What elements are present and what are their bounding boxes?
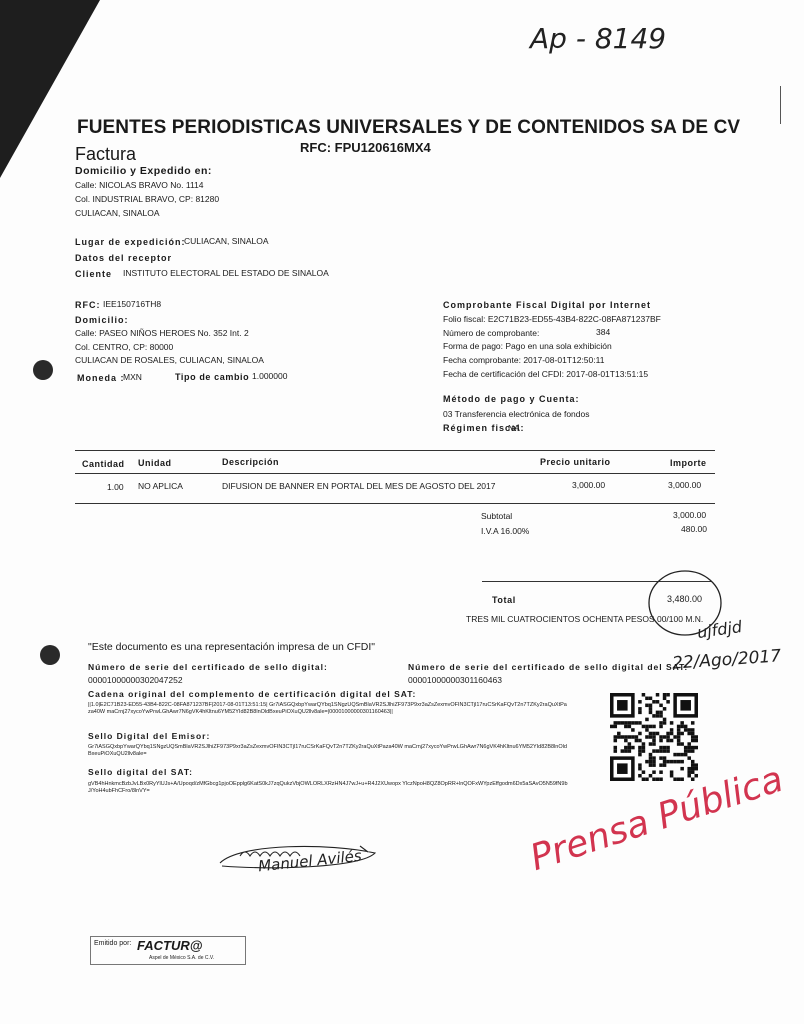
sat-seal-value: gVB4hHnkmcBzbJvLBx0RyYlUJs+A/Upoqd/zMfGb… [88,781,568,795]
receiver-rfc-label: RFC: [75,300,101,310]
receiver-title: Datos del receptor [75,253,172,263]
document-type: Factura [75,144,136,165]
voucher-number-label: Número de comprobante: [443,328,539,338]
iva-label: I.V.A 16.00% [481,526,529,536]
punch-hole-top [33,360,53,380]
column-header-amount: Importe [670,458,707,468]
qr-code [610,693,698,781]
original-chain-value: ||1.0|E2C71B23-ED55-43B4-822C-08FA871237… [88,702,568,716]
sat-seal-label: Sello digital del SAT: [88,767,193,777]
cfdi-title: Comprobante Fiscal Digital por Internet [443,300,651,310]
table-top-rule [75,450,715,451]
cert-serial-value: 00001000000302047252 [88,675,183,685]
row-unit: NO APLICA [138,481,183,491]
column-header-description: Descripción [222,457,279,467]
table-bottom-rule [75,503,715,504]
issuer-stamp: Emitido por: FACTUR@ Aspel de México S.A… [90,936,246,965]
row-unit-price: 3,000.00 [572,480,605,490]
expedition-place-value: CULIACAN, SINALOA [184,236,269,246]
issuer-address-line: CULIACAN, SINALOA [75,208,160,218]
subtotal-value: 3,000.00 [673,510,706,520]
currency-value: MXN [123,372,142,382]
punch-hole-bottom [40,645,60,665]
receiver-address-line: Calle: PASEO NIÑOS HEROES No. 352 Int. 2 [75,328,249,338]
column-header-quantity: Cantidad [82,459,125,469]
receiver-rfc-value: IEE150716TH8 [103,299,161,309]
emisor-seal-value: Gr7iASGQxbpYwarQYbq1SNgzUQSmBlaVR2SJlhiZ… [88,744,568,758]
factur-logo: FACTUR@ [137,938,202,953]
original-chain-label: Cadena original del complemento de certi… [88,689,416,699]
total-label: Total [492,595,516,605]
receiver-domicile-label: Domicilio: [75,315,129,325]
client-label: Cliente [75,269,112,279]
voucher-date: Fecha comprobante: 2017-08-01T12:50:11 [443,355,604,365]
voucher-number-value: 384 [596,327,610,337]
issuer-stamp-label: Emitido por: [94,940,131,947]
issuer-address-line: Col. INDUSTRIAL BRAVO, CP: 81280 [75,194,219,204]
receiver-address-line: CULIACAN DE ROSALES, CULIACAN, SINALOA [75,355,264,365]
column-header-unit-price: Precio unitario [540,457,611,467]
receiver-address-line: Col. CENTRO, CP: 80000 [75,342,173,352]
tax-regime-value: NA [508,423,520,433]
sat-serial-label: Número de serie del certificado de sello… [408,662,688,672]
emisor-seal-label: Sello Digital del Emisor: [88,731,210,741]
cert-serial-label: Número de serie del certificado de sello… [88,662,328,672]
table-header-rule [75,473,715,474]
payment-form: Forma de pago: Pago en una sola exhibici… [443,341,612,351]
issuer-rfc: RFC: FPU120616MX4 [300,140,431,155]
payment-method-title: Método de pago y Cuenta: [443,394,580,404]
row-amount: 3,000.00 [668,480,701,490]
row-description: DIFUSION DE BANNER EN PORTAL DEL MES DE … [222,481,496,491]
column-header-unit: Unidad [138,458,172,468]
issuer-address-title: Domicilio y Expedido en: [75,165,212,177]
row-quantity: 1.00 [107,482,124,492]
exchange-rate-label: Tipo de cambio [175,372,249,382]
currency-label: Moneda : [77,373,125,383]
scan-edge-line [780,86,781,124]
fiscal-folio: Folio fiscal: E2C71B23-ED55-43B4-822C-08… [443,314,661,324]
iva-value: 480.00 [681,524,707,534]
client-value: INSTITUTO ELECTORAL DEL ESTADO DE SINALO… [123,268,329,278]
expedition-place-label: Lugar de expedición: [75,237,186,247]
subtotal-label: Subtotal [481,511,512,521]
cfdi-disclaimer: "Este documento es una representación im… [88,641,375,653]
company-name: FUENTES PERIODISTICAS UNIVERSALES Y DE C… [77,117,740,139]
issuer-stamp-company: Aspel de México S.A. de C.V. [149,955,214,961]
handwritten-reference: Ap - 8149 [530,22,666,55]
issuer-address-line: Calle: NICOLAS BRAVO No. 1114 [75,180,204,190]
sat-serial-value: 00001000000301160463 [408,675,502,685]
payment-method-value: 03 Transferencia electrónica de fondos [443,409,589,419]
certification-date: Fecha de certificación del CFDI: 2017-08… [443,369,648,379]
exchange-rate-value: 1.000000 [252,371,287,381]
